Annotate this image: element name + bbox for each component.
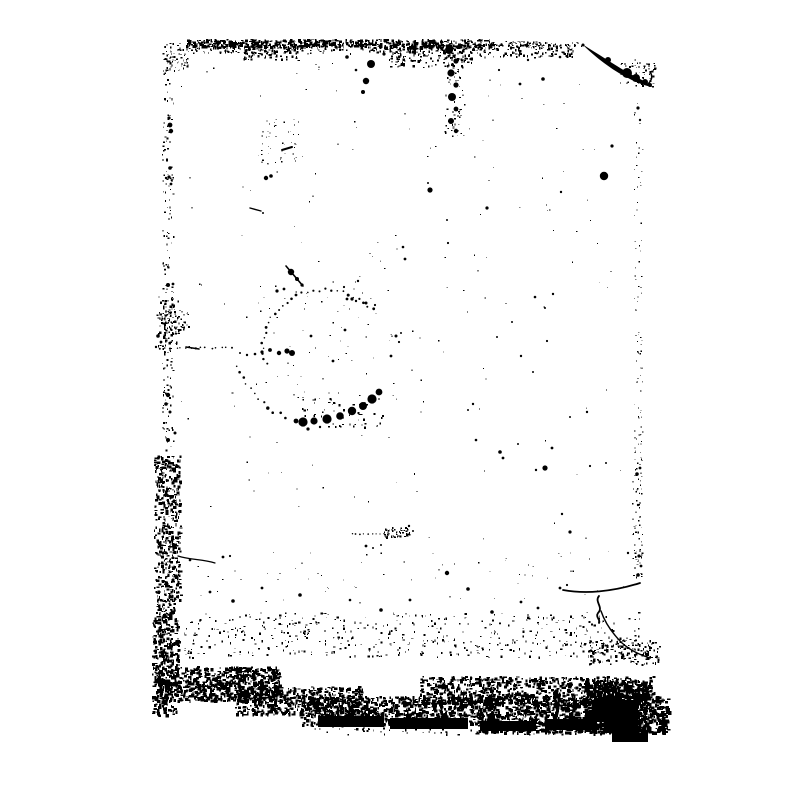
detached-fragment	[612, 733, 648, 742]
ring-interior-dust	[256, 282, 395, 398]
left-edge-damage	[154, 455, 183, 602]
lower-sparse-dust	[201, 552, 625, 604]
upper-mid-constellation	[258, 119, 298, 164]
corner-crease	[601, 611, 650, 658]
mid-right-specks	[400, 219, 554, 373]
illegible-word	[384, 527, 410, 539]
scanned-page	[0, 0, 800, 800]
general-dust	[181, 63, 621, 574]
left-rule-dash	[186, 347, 199, 349]
ring-top-streak	[286, 266, 303, 286]
bottom-tab-d	[545, 719, 597, 730]
top-left-corner	[164, 43, 188, 72]
bottom-left-edge	[152, 615, 181, 717]
scan-background	[0, 0, 800, 800]
ring-stain-marks	[239, 269, 304, 356]
upper-streak-b	[250, 208, 261, 211]
crease-line	[563, 583, 640, 592]
left-edge-patch-a	[157, 296, 180, 347]
ring-interior-specks	[310, 280, 401, 363]
right-edge-dots	[634, 60, 643, 578]
ring-stain-left-arc	[236, 366, 287, 420]
left-diagonal-streak	[178, 556, 215, 563]
right-mid-specks	[467, 403, 607, 534]
top-edge-band-sparse	[547, 42, 582, 47]
center-dotted-leader	[352, 533, 385, 535]
upper-streak-a	[282, 147, 292, 150]
top-ink-blobs	[345, 46, 641, 210]
upper-mid-dashes	[262, 174, 273, 214]
lower-scattered-specks	[174, 544, 540, 614]
illegible-stamp-line-1	[159, 310, 189, 320]
bottom-fringe	[165, 612, 640, 659]
